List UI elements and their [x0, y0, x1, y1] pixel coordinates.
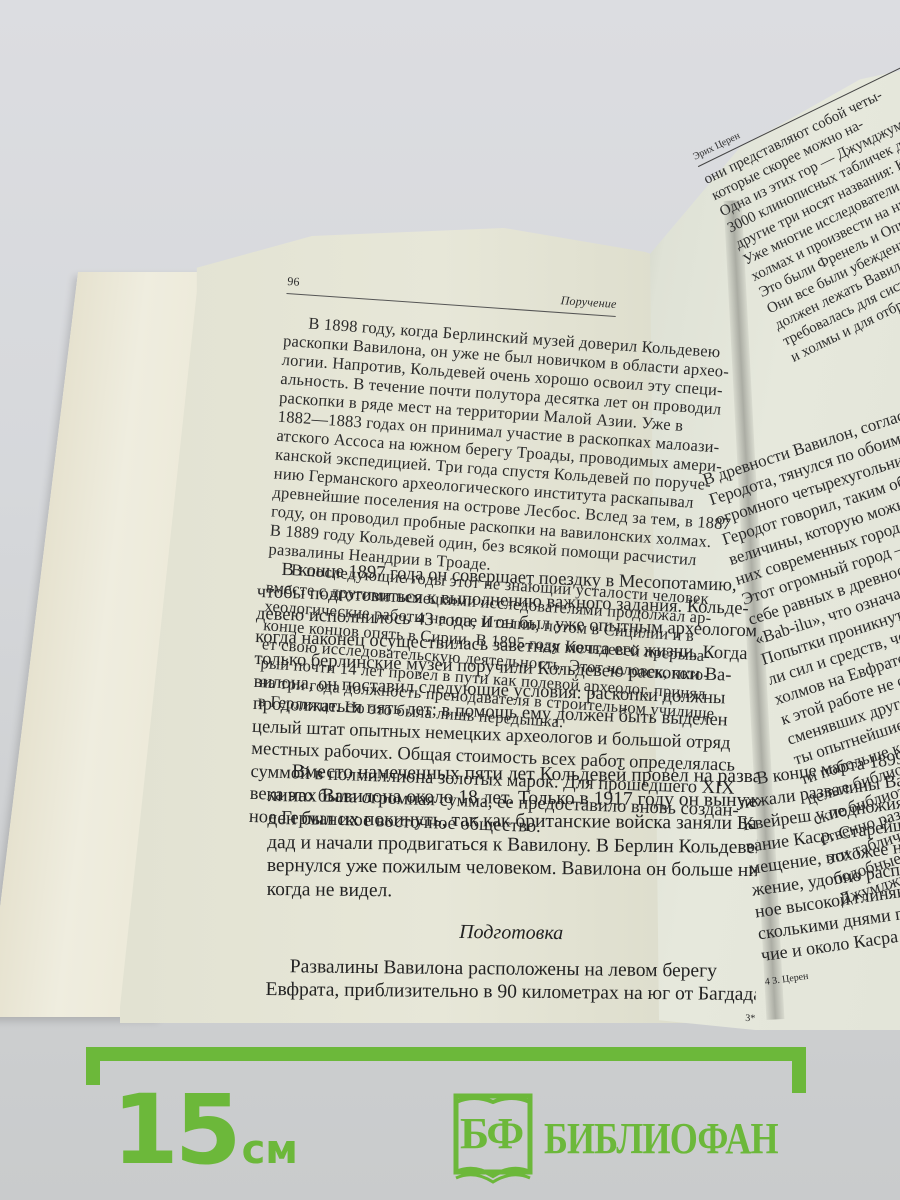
bibliofan-logo: БФ БИБЛИОФАН	[452, 1092, 829, 1184]
size-label: 15см	[112, 1082, 298, 1178]
size-unit: см	[242, 1127, 298, 1173]
logo-letters: БФ	[460, 1108, 522, 1159]
size-bracket-right-tick	[792, 1047, 806, 1093]
open-book-icon: БФ	[452, 1092, 534, 1184]
left-page-bottom-text: Вместо намеченных пяти лет Кольдевей про…	[265, 760, 758, 1030]
size-bracket-bar	[86, 1047, 804, 1061]
page-number: 96	[287, 272, 301, 292]
section-heading: Подготовка	[266, 919, 756, 948]
size-bracket-left-tick	[86, 1047, 100, 1085]
size-number: 15	[112, 1074, 238, 1186]
logo-wordmark: БИБЛИОФАН	[544, 1113, 778, 1164]
running-title: Поручение	[560, 291, 617, 314]
photo-scene: 96 Поручение В 1898 году, когда Берлинск…	[0, 0, 900, 1200]
